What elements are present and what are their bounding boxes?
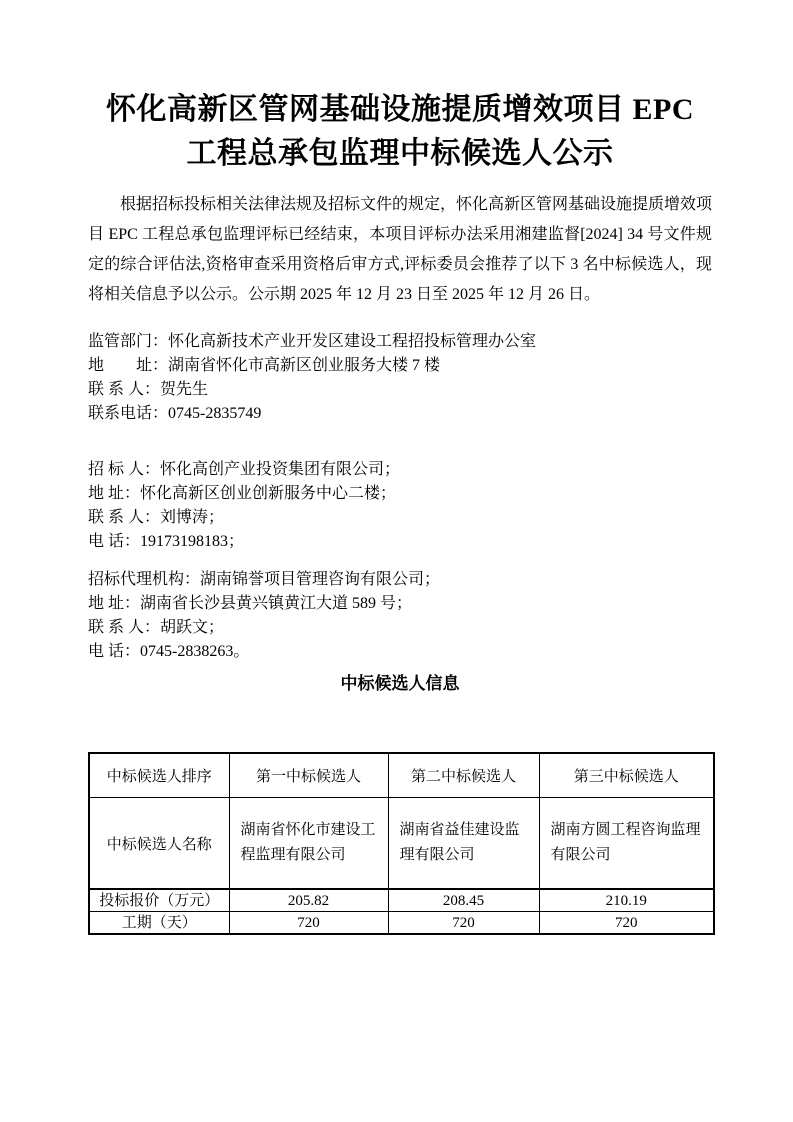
tenderee-name-line: 招 标 人：怀化高创产业投资集团有限公司； [88,458,712,482]
supervisor-block: 监管部门：怀化高新技术产业开发区建设工程招投标管理办公室 地 址：湖南省怀化市高… [88,330,712,426]
line-label: 招 标 人： [88,461,160,478]
supervisor-address-line: 地 址：湖南省怀化市高新区创业服务大楼 7 楼 [88,354,712,378]
line-label: 地 址： [88,485,140,502]
line-value: 贺先生 [160,381,208,398]
document-page: 怀化高新区管网基础设施提质增效项目 EPC工程总承包监理中标候选人公示 根据招标… [0,0,793,1122]
table-header-row: 中标候选人排序 第一中标候选人 第二中标候选人 第三中标候选人 [89,753,714,798]
line-value: 怀化高创产业投资集团有限公司； [160,461,400,478]
agency-address-line: 地 址：湖南省长沙县黄兴镇黄江大道 589 号； [88,592,712,616]
candidate-3-name: 湖南方圆工程咨询监理有限公司 [539,798,714,890]
line-value: 怀化高新区创业创新服务中心二楼； [140,485,396,502]
table-row-duration: 工期（天） 720 720 720 [89,912,714,935]
line-value: 0745-2835749 [168,405,261,422]
candidate-2-duration: 720 [388,912,539,935]
line-label: 电 话： [88,643,140,660]
line-label: 招标代理机构： [88,571,200,588]
candidates-table: 中标候选人排序 第一中标候选人 第二中标候选人 第三中标候选人 中标候选人名称 … [88,752,715,935]
section-heading: 中标候选人信息 [88,672,712,696]
line-value: 怀化高新技术产业开发区建设工程招投标管理办公室 [168,333,536,350]
line-value: 刘博涛； [160,509,224,526]
candidate-3-price: 210.19 [539,889,714,912]
line-value: 0745-2838263。 [140,643,249,660]
line-value: 湖南省怀化市高新区创业服务大楼 7 楼 [168,357,440,374]
row-label-duration: 工期（天） [89,912,229,935]
tenderee-phone-line: 电 话：19173198183； [88,530,712,554]
line-label: 联系电话： [88,405,168,422]
agency-block: 招标代理机构：湖南锦誉项目管理咨询有限公司； 地 址：湖南省长沙县黄兴镇黄江大道… [88,568,712,664]
agency-contact-line: 联 系 人：胡跃文； [88,616,712,640]
supervisor-contact-line: 联 系 人：贺先生 [88,378,712,402]
candidate-1-price: 205.82 [229,889,388,912]
agency-name-line: 招标代理机构：湖南锦誉项目管理咨询有限公司； [88,568,712,592]
table-row-candidate-name: 中标候选人名称 湖南省怀化市建设工程监理有限公司 湖南省益佳建设监理有限公司 湖… [89,798,714,890]
header-cell-rank: 中标候选人排序 [89,753,229,798]
header-cell-second-candidate: 第二中标候选人 [388,753,539,798]
tenderee-address-line: 地 址：怀化高新区创业创新服务中心二楼； [88,482,712,506]
supervisor-phone-line: 联系电话：0745-2835749 [88,402,712,426]
line-value: 胡跃文； [160,619,224,636]
line-label: 地 址： [88,595,140,612]
header-cell-third-candidate: 第三中标候选人 [539,753,714,798]
table-row-bid-price: 投标报价（万元） 205.82 208.45 210.19 [89,889,714,912]
row-label-bid-price: 投标报价（万元） [89,889,229,912]
title-line-1: 怀化高新区管网基础设施提质增效项目 EPC [106,93,694,126]
line-label: 联 系 人： [88,509,160,526]
line-label: 电 话： [88,533,140,550]
agency-phone-line: 电 话：0745-2838263。 [88,640,712,664]
candidate-1-duration: 720 [229,912,388,935]
candidate-3-duration: 720 [539,912,714,935]
tenderee-block: 招 标 人：怀化高创产业投资集团有限公司； 地 址：怀化高新区创业创新服务中心二… [88,458,712,554]
intro-paragraph: 根据招标投标相关法律法规及招标文件的规定，怀化高新区管网基础设施提质增效项目 E… [88,190,712,310]
line-value: 湖南锦誉项目管理咨询有限公司； [200,571,440,588]
line-label: 监管部门： [88,333,168,350]
line-label: 联 系 人： [88,381,160,398]
line-label: 地 址： [88,357,168,374]
line-label: 联 系 人： [88,619,160,636]
candidate-2-price: 208.45 [388,889,539,912]
line-value: 19173198183； [140,533,244,550]
supervisor-department-line: 监管部门：怀化高新技术产业开发区建设工程招投标管理办公室 [88,330,712,354]
line-value: 湖南省长沙县黄兴镇黄江大道 589 号； [140,595,412,612]
title-line-2: 工程总承包监理中标候选人公示 [187,137,614,170]
row-label-candidate-name: 中标候选人名称 [89,798,229,890]
header-cell-first-candidate: 第一中标候选人 [229,753,388,798]
tenderee-contact-line: 联 系 人：刘博涛； [88,506,712,530]
candidate-1-name: 湖南省怀化市建设工程监理有限公司 [229,798,388,890]
candidate-2-name: 湖南省益佳建设监理有限公司 [388,798,539,890]
document-title: 怀化高新区管网基础设施提质增效项目 EPC工程总承包监理中标候选人公示 [88,88,712,176]
